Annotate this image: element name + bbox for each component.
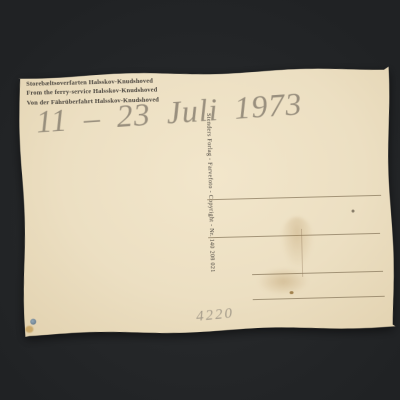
publisher-credit-vertical: Stenders Forlag - Farvefoto - Copyright … <box>201 113 216 303</box>
address-line <box>253 296 385 300</box>
postcard-back: Storebæltsoverfarten Halsskov-Knudshoved… <box>18 67 395 337</box>
aging-stain <box>280 217 315 270</box>
tan-speck <box>25 326 33 333</box>
handwritten-number: 4220 <box>195 305 234 326</box>
photo-backdrop: Storebæltsoverfarten Halsskov-Knudshoved… <box>0 0 400 400</box>
blue-speck <box>30 319 36 325</box>
ink-speck <box>351 210 354 213</box>
postcard-shadow: Storebæltsoverfarten Halsskov-Knudshoved… <box>18 67 395 337</box>
address-line <box>207 195 381 200</box>
ink-speck <box>290 291 294 294</box>
